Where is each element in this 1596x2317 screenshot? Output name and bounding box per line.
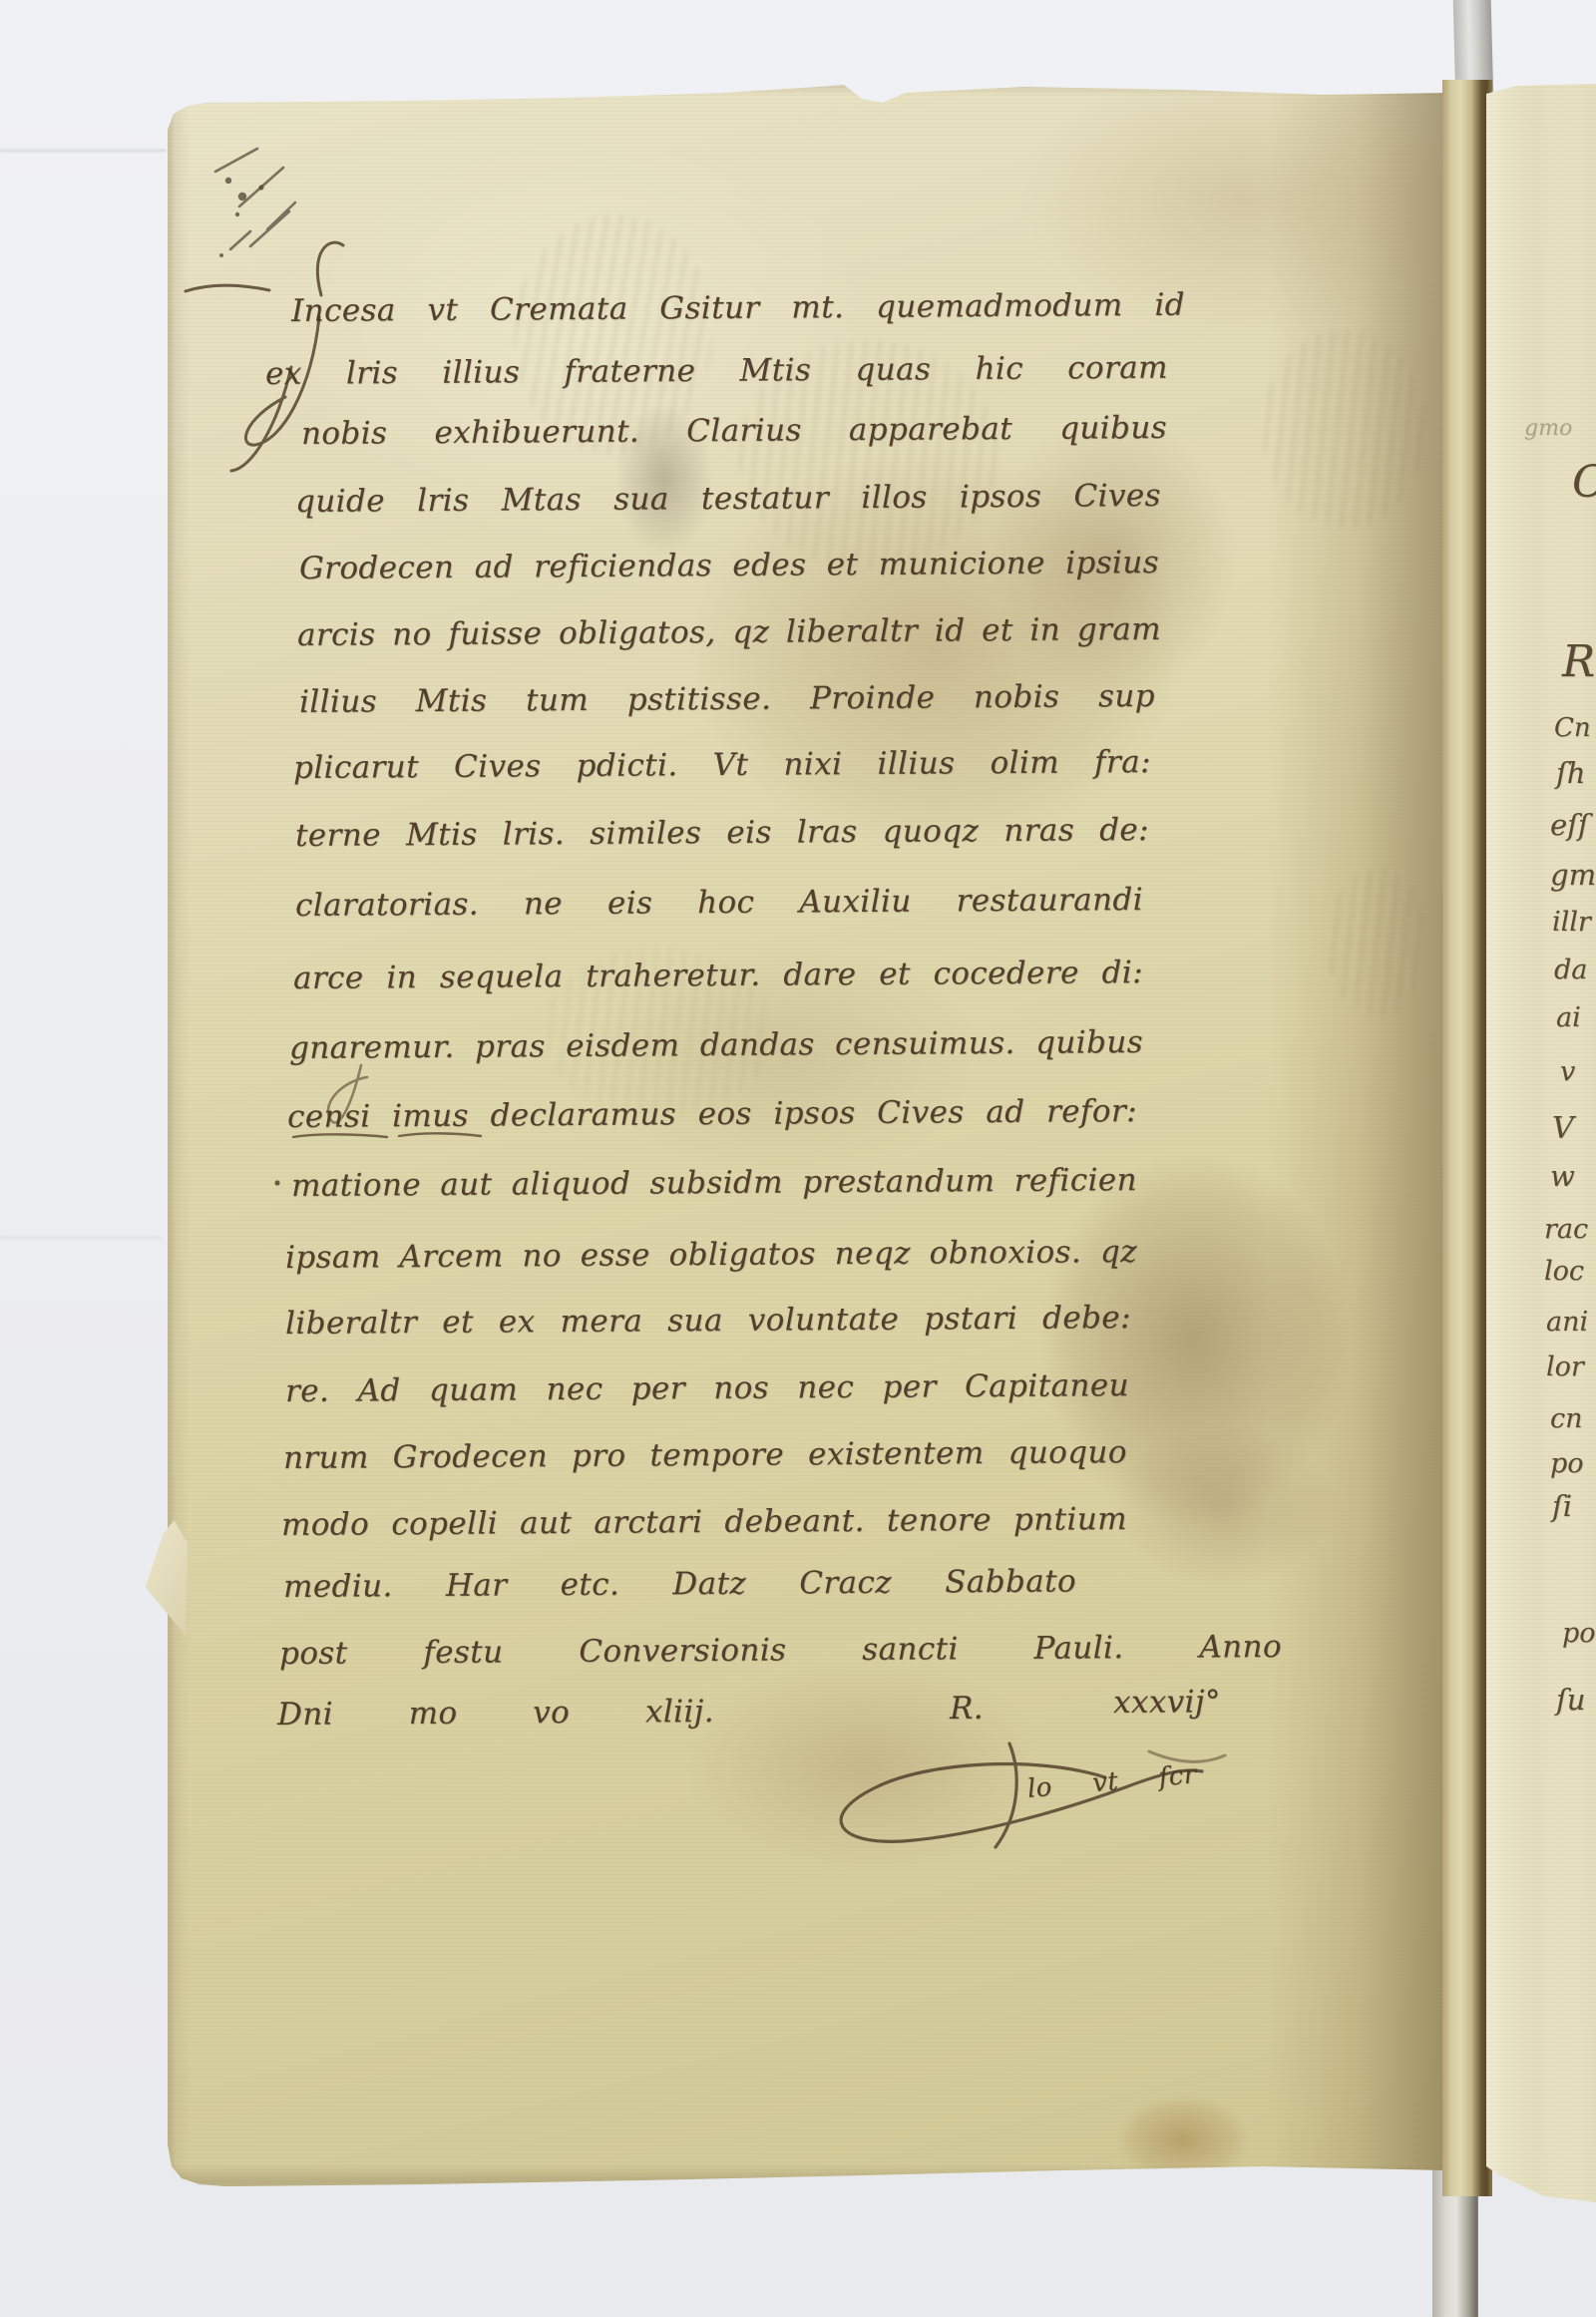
line2-descender [231, 367, 291, 471]
underline-stroke [399, 1133, 481, 1136]
margin-dot [274, 1180, 279, 1185]
manuscript-photograph: { "colors": { "background": "#edeef1", "… [0, 0, 1596, 2317]
margin-dash [186, 285, 269, 291]
initial-descender [245, 317, 319, 445]
signature-flourish [841, 1743, 1202, 1847]
closing-squiggle [1149, 1751, 1225, 1761]
g-loop-flourish [328, 1065, 367, 1123]
ink-marks [0, 0, 1596, 2317]
initial-flourish [317, 242, 343, 295]
underline-stroke [293, 1134, 387, 1137]
ink-blot-cluster [215, 149, 295, 249]
